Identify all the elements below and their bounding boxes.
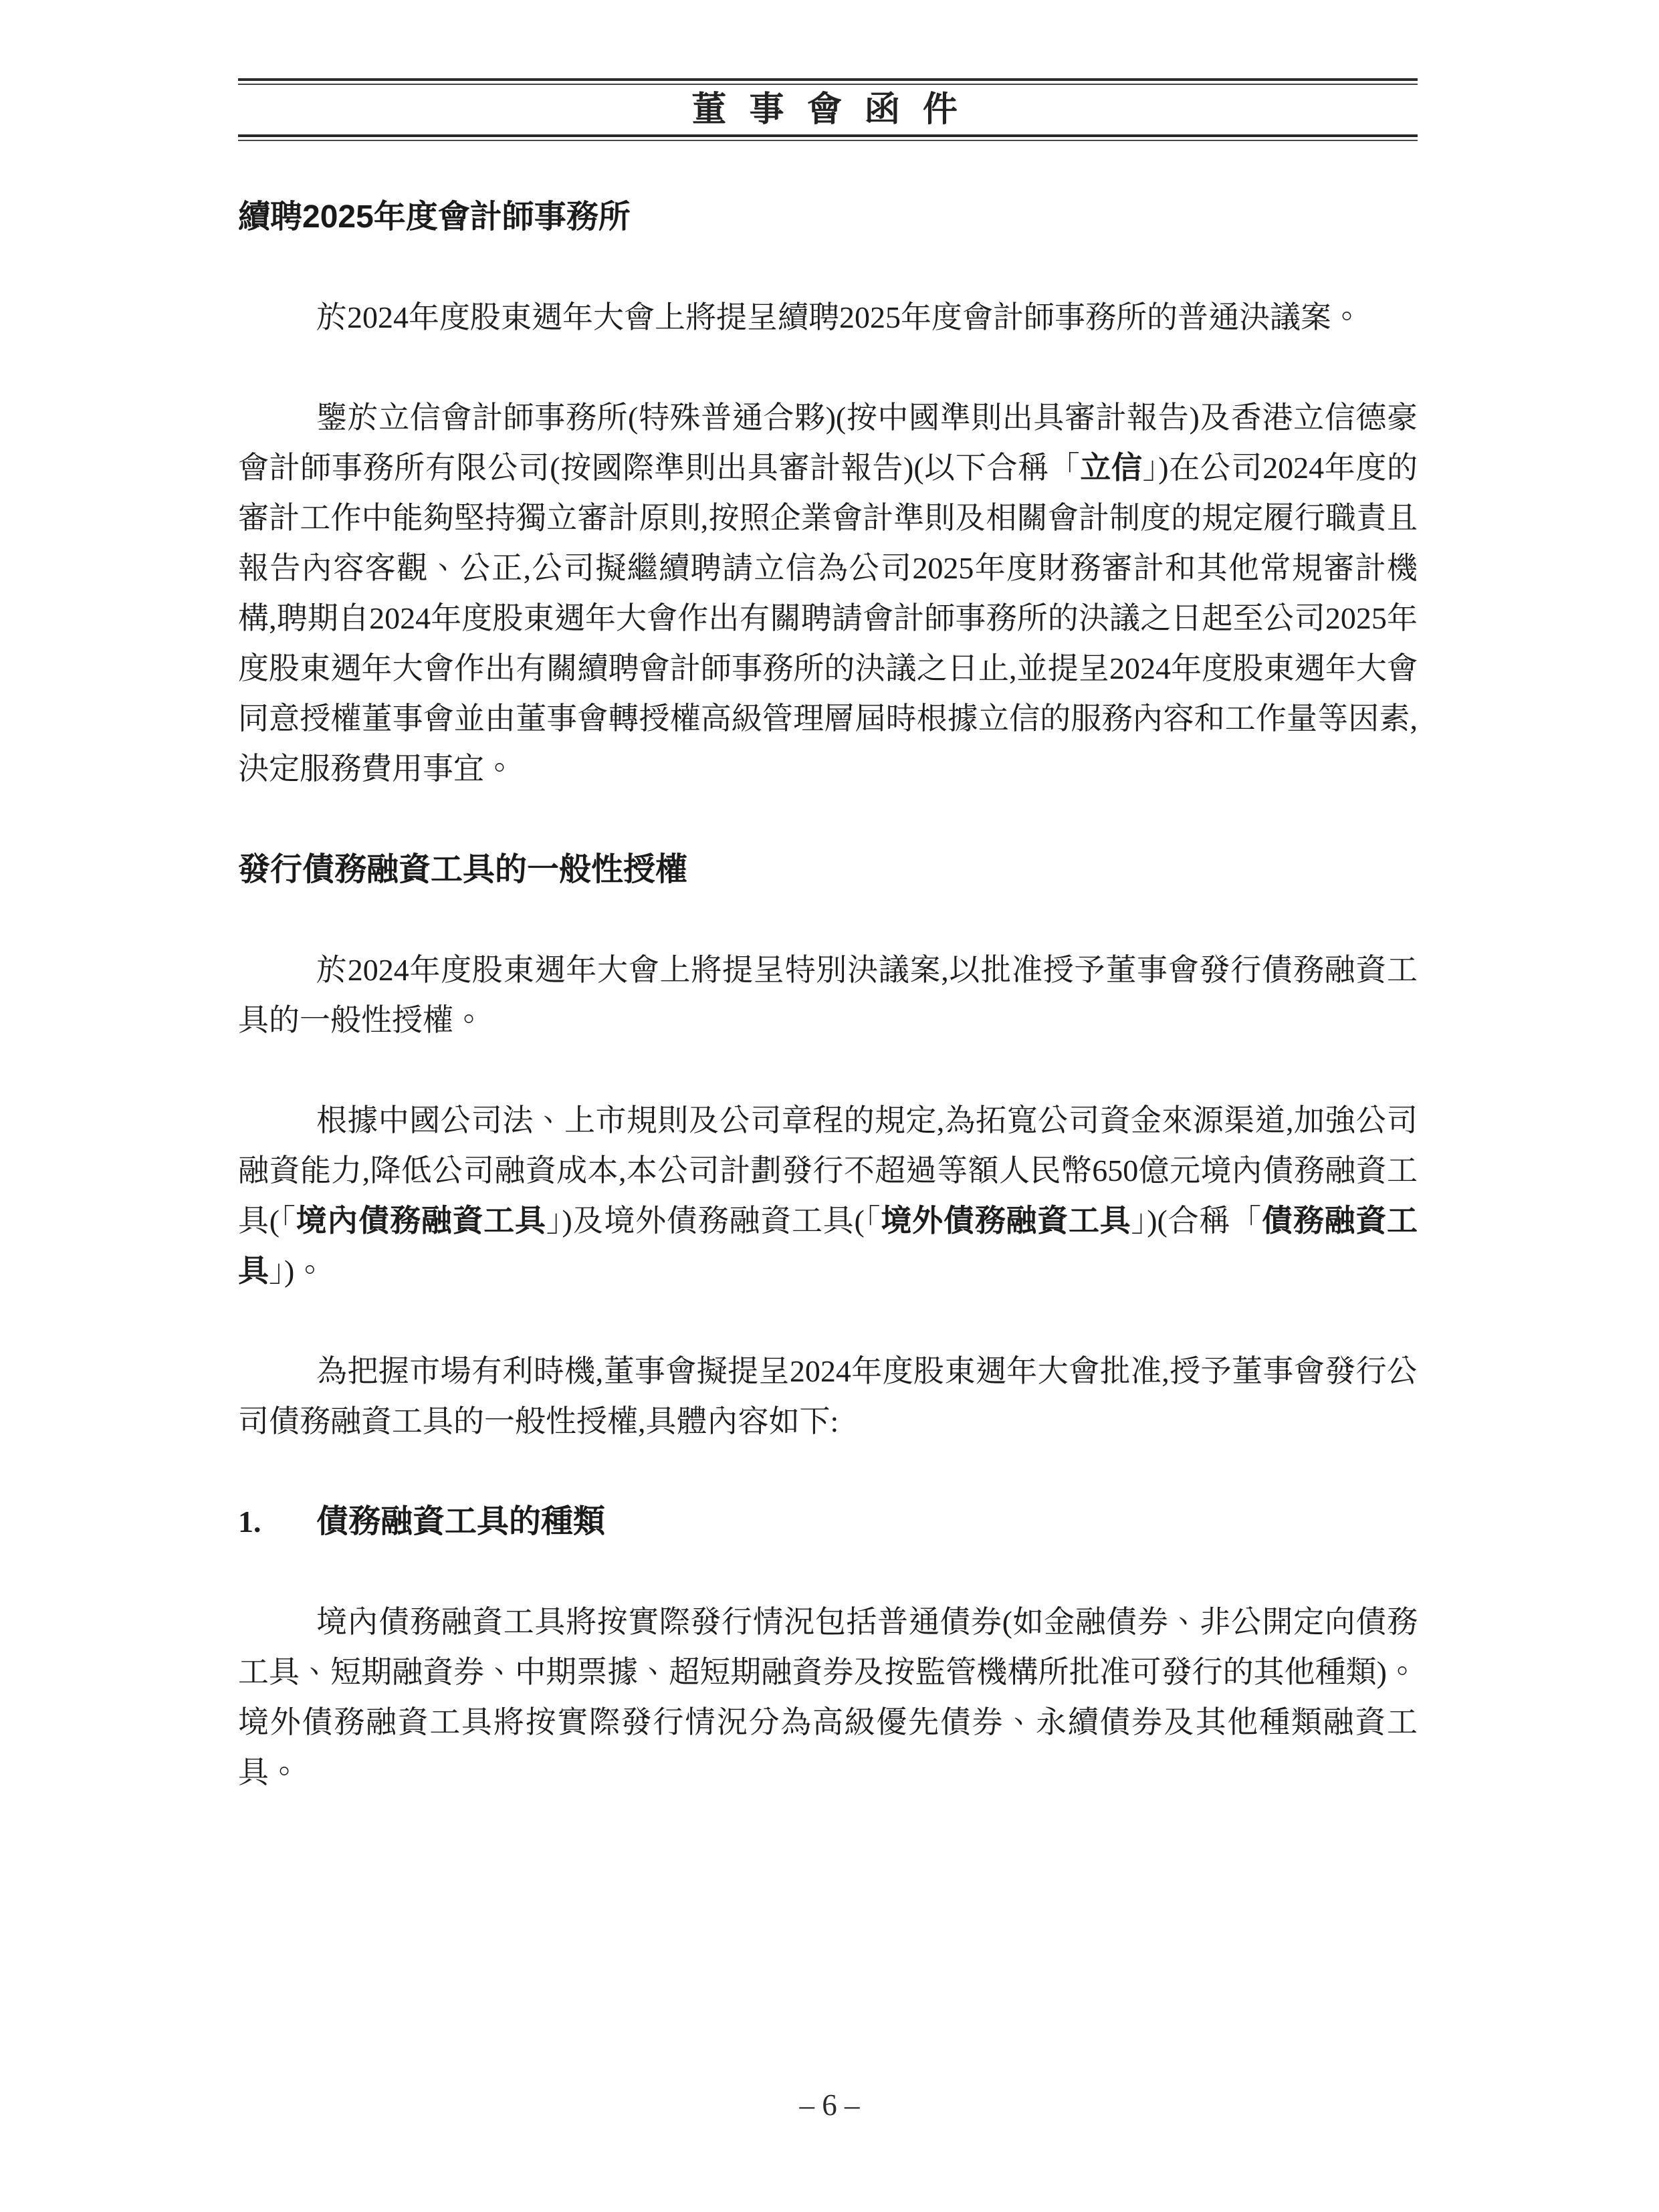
paragraph-text: 」)及境外債務融資工具(「 <box>546 1204 881 1238</box>
section-heading-debt-mandate: 發行債務融資工具的一般性授權 <box>238 845 1418 895</box>
document-page: 董 事 會 函 件 續聘2025年度會計師事務所 於2024年度股東週年大會上將… <box>0 0 1659 2212</box>
paragraph-s1-p1: 於2024年度股東週年大會上將提呈續聘2025年度會計師事務所的普通決議案。 <box>238 292 1418 342</box>
paragraph-s1-p2: 鑒於立信會計師事務所(特殊普通合夥)(按中國準則出具審計報告)及香港立信德豪會計… <box>238 393 1418 794</box>
paragraph-text: 」)(合稱「 <box>1131 1204 1261 1238</box>
page-footer: – 6 – <box>0 2080 1659 2130</box>
page-header-title: 董 事 會 函 件 <box>238 87 1418 132</box>
document-content: 董 事 會 函 件 續聘2025年度會計師事務所 於2024年度股東週年大會上將… <box>238 0 1418 1797</box>
defined-term-offshore-debt-instruments: 境外債務融資工具 <box>881 1203 1131 1238</box>
paragraph-text: 」)。 <box>269 1254 325 1288</box>
numbered-sub-heading: 1. 債務融資工具的種類 <box>238 1497 1418 1547</box>
paragraph-sub1-p1: 境內債務融資工具將按實際發行情況包括普通債券(如金融債券、非公開定向債務工具、短… <box>238 1597 1418 1797</box>
paragraph-text: 境內債務融資工具將按實際發行情況包括普通債券(如金融債券、非公開定向債務工具、短… <box>238 1605 1418 1789</box>
sub-heading-title: 債務融資工具的種類 <box>316 1497 605 1547</box>
paragraph-text: 為把握市場有利時機,董事會擬提呈2024年度股東週年大會批准,授予董事會發行公司… <box>238 1354 1418 1438</box>
paragraph-s2-p2: 根據中國公司法、上市規則及公司章程的規定,為拓寬公司資金來源渠道,加強公司融資能… <box>238 1095 1418 1296</box>
paragraph-text: 」)在公司2024年度的審計工作中能夠堅持獨立審計原則,按照企業會計準則及相關會… <box>238 451 1418 786</box>
paragraph-s2-p3: 為把握市場有利時機,董事會擬提呈2024年度股東週年大會批准,授予董事會發行公司… <box>238 1346 1418 1446</box>
header-rule-bottom <box>238 134 1418 141</box>
paragraph-text: 於2024年度股東週年大會上將提呈特別決議案,以批准授予董事會發行債務融資工具的… <box>238 953 1418 1037</box>
sub-heading-number: 1. <box>238 1497 316 1547</box>
paragraph-s2-p1: 於2024年度股東週年大會上將提呈特別決議案,以批准授予董事會發行債務融資工具的… <box>238 945 1418 1045</box>
defined-term-lixin: 立信 <box>1080 450 1142 485</box>
defined-term-onshore-debt-instruments: 境內債務融資工具 <box>296 1203 546 1238</box>
section-heading-reappointment: 續聘2025年度會計師事務所 <box>238 192 1418 242</box>
paragraph-text: 於2024年度股東週年大會上將提呈續聘2025年度會計師事務所的普通決議案。 <box>316 300 1362 334</box>
header-rule-top <box>238 78 1418 85</box>
page-number: – 6 – <box>800 2088 860 2122</box>
